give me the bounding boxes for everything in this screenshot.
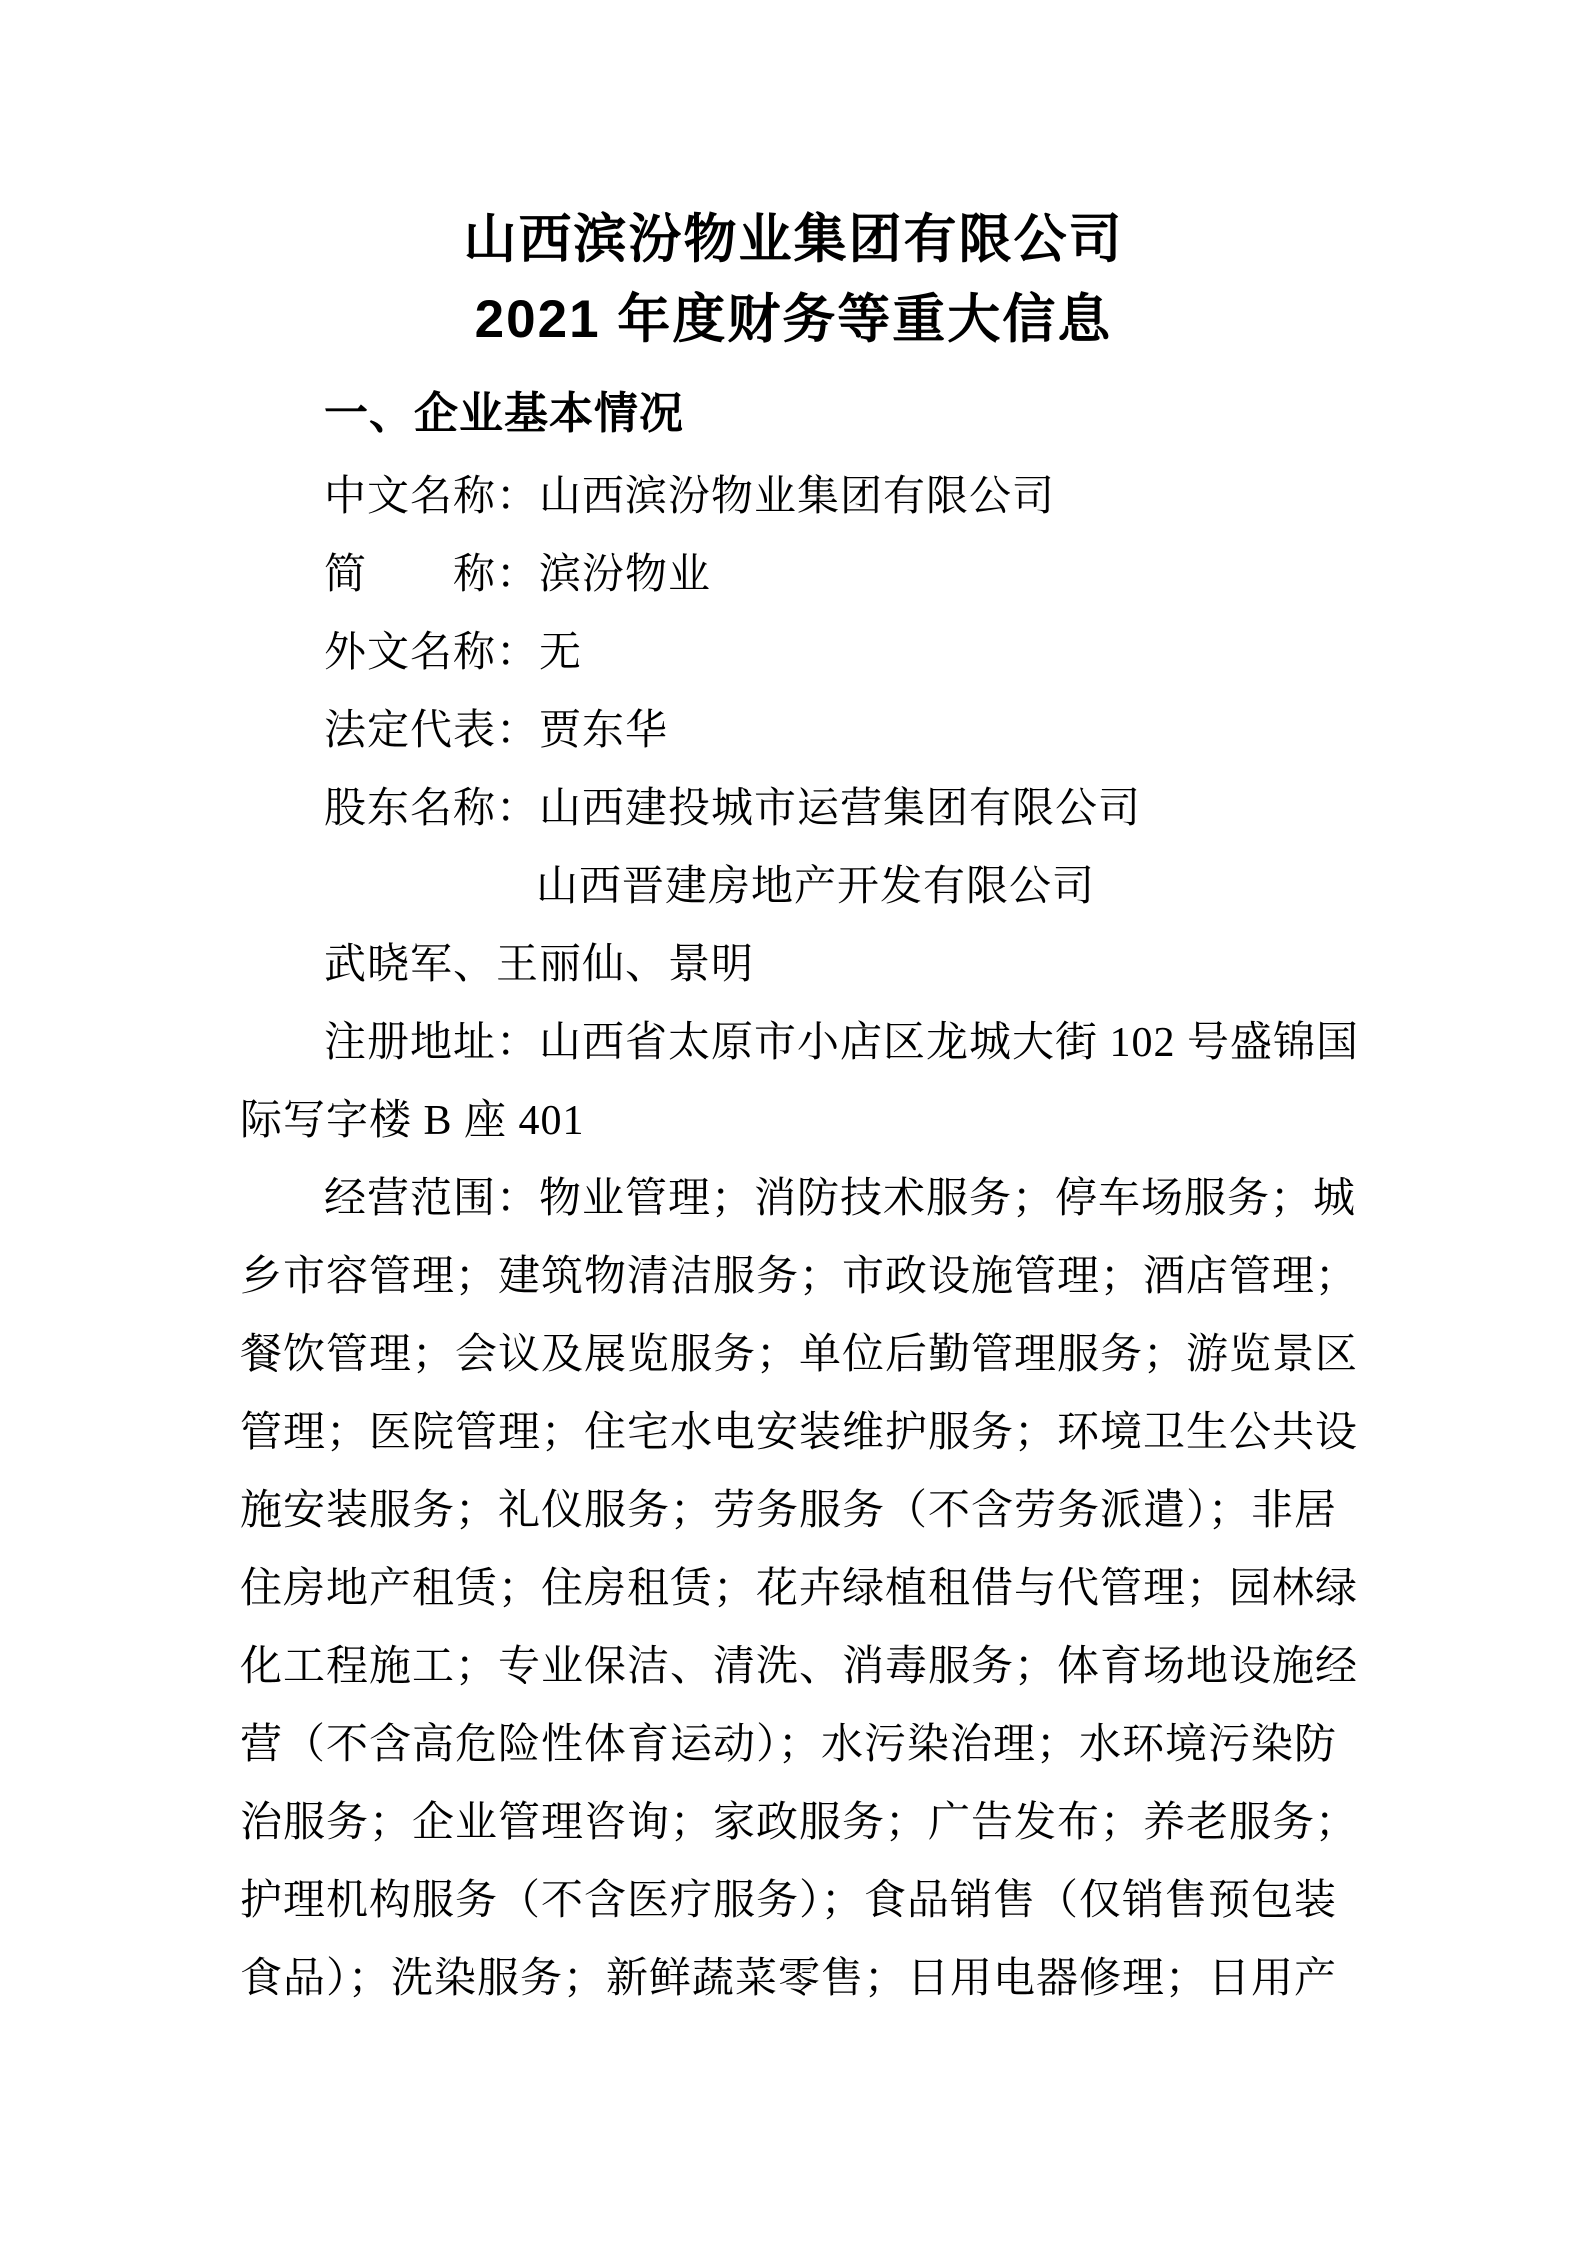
title-block: 山西滨汾物业集团有限公司 2021 年度财务等重大信息 — [240, 200, 1347, 360]
business-scope-line: 食品）；洗染服务；新鲜蔬菜零售；日用电器修理；日用产 — [240, 1940, 1347, 2018]
business-scope-line: 化工程施工；专业保洁、清洗、消毒服务；体育场地设施经 — [240, 1628, 1347, 1706]
page-title: 山西滨汾物业集团有限公司 — [240, 200, 1347, 280]
field-registered-address-2: 际写字楼 B 座 401 — [240, 1082, 1347, 1160]
field-chinese-name: 中文名称：山西滨汾物业集团有限公司 — [240, 458, 1347, 536]
page-subtitle: 2021 年度财务等重大信息 — [240, 280, 1347, 360]
business-scope-line: 施安装服务；礼仪服务；劳务服务（不含劳务派遣）；非居 — [240, 1472, 1347, 1550]
field-shareholder-1: 股东名称：山西建投城市运营集团有限公司 — [240, 770, 1347, 848]
business-scope-line: 管理；医院管理；住宅水电安装维护服务；环境卫生公共设 — [240, 1394, 1347, 1472]
document-page: 山西滨汾物业集团有限公司 2021 年度财务等重大信息 一、企业基本情况 中文名… — [0, 0, 1587, 2245]
field-foreign-name: 外文名称：无 — [240, 614, 1347, 692]
field-shareholder-2: 山西晋建房地产开发有限公司 — [240, 848, 1347, 926]
section-heading: 一、企业基本情况 — [240, 374, 1347, 454]
business-scope-line: 乡市容管理；建筑物清洁服务；市政设施管理；酒店管理； — [240, 1238, 1347, 1316]
business-scope-line: 治服务；企业管理咨询；家政服务；广告发布；养老服务； — [240, 1784, 1347, 1862]
business-scope-line: 营（不含高危险性体育运动）；水污染治理；水环境污染防 — [240, 1706, 1347, 1784]
business-scope-line: 餐饮管理；会议及展览服务；单位后勤管理服务；游览景区 — [240, 1316, 1347, 1394]
field-legal-representative: 法定代表：贾东华 — [240, 692, 1347, 770]
field-persons: 武晓军、王丽仙、景明 — [240, 926, 1347, 1004]
business-scope-line: 经营范围：物业管理；消防技术服务；停车场服务；城 — [240, 1160, 1347, 1238]
business-scope-line: 住房地产租赁；住房租赁；花卉绿植租借与代管理；园林绿 — [240, 1550, 1347, 1628]
field-registered-address-1: 注册地址：山西省太原市小店区龙城大街 102 号盛锦国 — [240, 1004, 1347, 1082]
field-short-name: 简 称：滨汾物业 — [240, 536, 1347, 614]
body-text: 中文名称：山西滨汾物业集团有限公司 简 称：滨汾物业 外文名称：无 法定代表：贾… — [240, 458, 1347, 2018]
business-scope-line: 护理机构服务（不含医疗服务）；食品销售（仅销售预包装 — [240, 1862, 1347, 1940]
